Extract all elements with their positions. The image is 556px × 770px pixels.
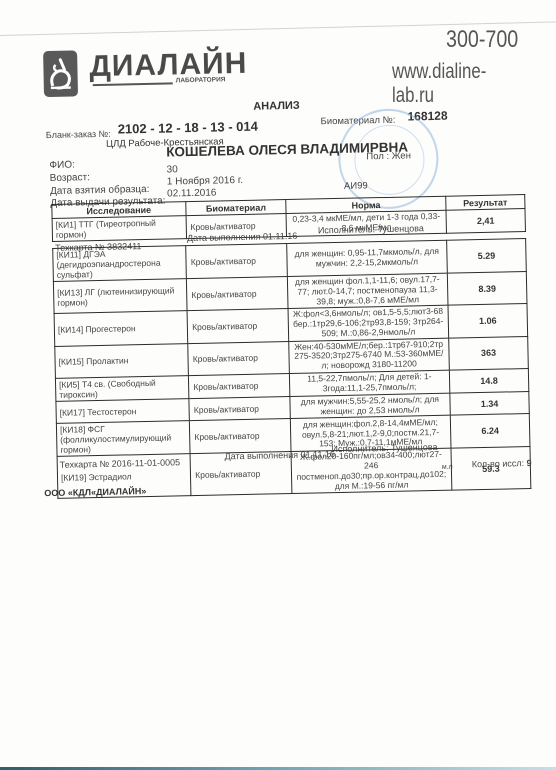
lab-phone: 300-700 [446,26,518,54]
cell-biomaterial: Кровь/активатор [188,341,289,375]
table1-date-done: Дата выполнения 01.11.16 [187,231,298,243]
cell-result: 1.34 [450,391,529,415]
cell-test: [КИ5] Т4 св. (Свободный тироксин) [55,376,189,402]
cell-result: 6.24 [450,414,530,449]
cell-biomaterial: Кровь/активатор [186,244,287,279]
count-label-text: Кол-во иссл: [472,458,524,469]
cell-biomaterial: Кровь/активатор [187,309,288,343]
cell-norm: Жен:40-530мМЕ/л;бер.:1тр67-910;2тр 275-3… [288,338,449,374]
cell-result: 363 [449,336,529,370]
age-label: Возраст: [50,172,90,184]
document-title: АНАЛИЗ [253,100,300,113]
brand-underline [93,82,173,85]
document-body: ДИАЛАЙН ЛАБОРАТОРИЯ АНАЛИЗ Биоматериал №… [0,0,556,770]
order-label: Бланк-заказ №: [46,129,111,140]
lab-website: www.dialine-lab.ru [392,60,523,108]
cell-test: [КИ13] ЛГ (лютеинизирующий гормон) [53,279,187,314]
cell-test: [КИ15] Пролактин [55,343,189,378]
order-number: 2102 - 12 - 18 - 13 - 014 [118,119,258,137]
cell-biomaterial: Кровь/активатор [189,396,290,421]
cell-result: 2,41 [446,209,526,234]
issue-date: 02.11.2016 [167,188,217,200]
cell-test: [КИ14] Прогестерон [54,311,188,346]
ml-label: м.л [442,464,453,471]
footer-organization: ООО «КДЛ«ДИАЛАЙН» [44,486,146,498]
cell-test: [КИ1] ТТГ (Тиреотропный гормон) [52,216,186,242]
cell-result: 8.39 [447,272,527,306]
cell-biomaterial: Кровь/активатор [187,277,288,311]
brand-subtitle: ЛАБОРАТОРИЯ [176,76,226,84]
cell-test: [КИ17] Тестостерон [56,399,190,424]
sample-date: 1 Ноября 2016 г. [167,175,243,188]
cell-norm: для мужчин:5,55-25,2 нмоль/л; для женщин… [290,393,451,419]
cell-norm: для женщин фол.1,1-11,6; овул.17,7-77; л… [287,273,448,309]
sample-date-label: Дата взятия образца: [50,184,150,197]
count-value: 9 [526,458,531,468]
cell-biomaterial: Кровь/активатор [190,419,291,454]
patient-sex: Пол : Жен [366,150,411,162]
cell-norm: Ж:фол<3,6нмоль/л; ов1,5-5,5;лют3-68 бер.… [288,305,449,341]
scanned-lab-report: ДИАЛАЙН ЛАБОРАТОРИЯ АНАЛИЗ Биоматериал №… [0,0,556,770]
cell-result: 1.06 [448,304,528,338]
cell-test: [КИ11] ДГЭА (дегидроэпиандростерона суль… [53,246,187,282]
cell-test: [КИ18] ФСГ (фолликулостимулирующий гормо… [56,421,190,457]
fio-label: ФИО: [49,159,75,171]
count-label: Кол-во иссл: 9 [472,458,532,469]
cell-norm: 11,5-22,7пмоль/л; Для детей: 1-3года:11,… [289,370,450,396]
patient-age: 30 [166,164,177,175]
cell-result: 14.8 [449,368,528,393]
cell-norm: для женщин: 0,95-11,7мкмоль/л, для мужчи… [286,240,447,276]
cell-result: 5.29 [447,239,527,274]
analyzer-code: АИ99 [344,180,368,191]
microscope-d-logo-icon [43,50,78,97]
cell-biomaterial: Кровь/активатор [189,373,290,398]
